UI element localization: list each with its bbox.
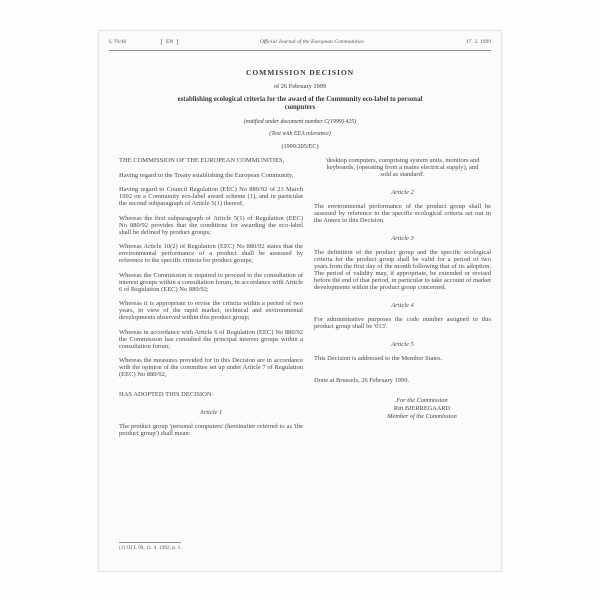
recital-paragraph: Whereas the Commission is required to pr… bbox=[119, 272, 303, 293]
recital-paragraph: Whereas it is appropriate to revise the … bbox=[119, 300, 303, 321]
preamble-opening: THE COMMISSION OF THE EUROPEAN COMMUNITI… bbox=[119, 157, 303, 164]
article-4-heading: Article 4 bbox=[314, 302, 491, 309]
recital-paragraph: Whereas in accordance with Article 6 of … bbox=[119, 329, 303, 350]
header-language-code: EN bbox=[161, 39, 178, 45]
header-journal-title: Official Journal of the European Communi… bbox=[184, 39, 439, 45]
notification-line: (notified under document number C(1999) … bbox=[99, 119, 501, 125]
article-3-body: The definition of the product group and … bbox=[314, 249, 491, 291]
article-1-body: The product group 'personal computers' (… bbox=[119, 423, 303, 437]
signatory-name: Ritt BJERREGAARD bbox=[356, 405, 488, 413]
citation-paragraph: Having regard to Council Regulation (EEC… bbox=[119, 186, 303, 207]
article-3-heading: Article 3 bbox=[314, 235, 491, 242]
article-1-heading: Article 1 bbox=[119, 409, 303, 416]
page-header: L 70/46 EN Official Journal of the Europ… bbox=[109, 39, 491, 45]
footnote-rule bbox=[119, 542, 181, 543]
scanned-document-view: L 70/46 EN Official Journal of the Europ… bbox=[0, 0, 600, 600]
footnote: (1) OJ L 99, 11. 4. 1992, p. 1. bbox=[119, 545, 182, 551]
eea-relevance-line: (Text with EEA relevance) bbox=[99, 131, 501, 137]
article-2-heading: Article 2 bbox=[314, 189, 491, 196]
article-5-heading: Article 5 bbox=[314, 341, 491, 348]
citation-paragraph: Having regard to the Treaty establishing… bbox=[119, 172, 303, 179]
document-type-title: COMMISSION DECISION bbox=[99, 68, 501, 77]
journal-page: L 70/46 EN Official Journal of the Europ… bbox=[98, 30, 502, 572]
place-and-date-line: Done at Brussels, 26 February 1999. bbox=[314, 377, 491, 384]
left-column: THE COMMISSION OF THE EUROPEAN COMMUNITI… bbox=[119, 157, 303, 445]
signature-on-behalf: For the Commission bbox=[356, 397, 488, 405]
signature-block: For the Commission Ritt BJERREGAARD Memb… bbox=[356, 397, 488, 421]
decision-subject: establishing ecological criteria for the… bbox=[174, 96, 426, 112]
body-columns: THE COMMISSION OF THE EUROPEAN COMMUNITI… bbox=[119, 157, 491, 445]
recital-paragraph: Whereas the first subparagraph of Articl… bbox=[119, 215, 303, 236]
signatory-title: Member of the Commission bbox=[356, 413, 488, 421]
right-column: 'desktop computers, comprising system un… bbox=[314, 157, 491, 445]
recital-paragraph: Whereas Article 10(2) of Regulation (EEC… bbox=[119, 243, 303, 264]
recital-paragraph: Whereas the measures provided for in thi… bbox=[119, 357, 303, 378]
enacting-formula: HAS ADOPTED THIS DECISION: bbox=[119, 391, 303, 398]
header-date: 17. 3. 1999 bbox=[439, 39, 491, 45]
article-1-quote: 'desktop computers, comprising system un… bbox=[324, 157, 482, 178]
title-block: COMMISSION DECISION of 26 February 1999 … bbox=[99, 68, 501, 150]
decision-date-line: of 26 February 1999 bbox=[99, 83, 501, 90]
article-4-body: For administrative purposes the code num… bbox=[314, 316, 491, 330]
decision-number: (1999/205/EC) bbox=[99, 143, 501, 150]
article-5-body: This Decision is addressed to the Member… bbox=[314, 355, 491, 362]
header-page-reference: L 70/46 bbox=[109, 39, 161, 45]
header-rule bbox=[109, 50, 491, 51]
article-2-body: The environmental performance of the pro… bbox=[314, 203, 491, 224]
